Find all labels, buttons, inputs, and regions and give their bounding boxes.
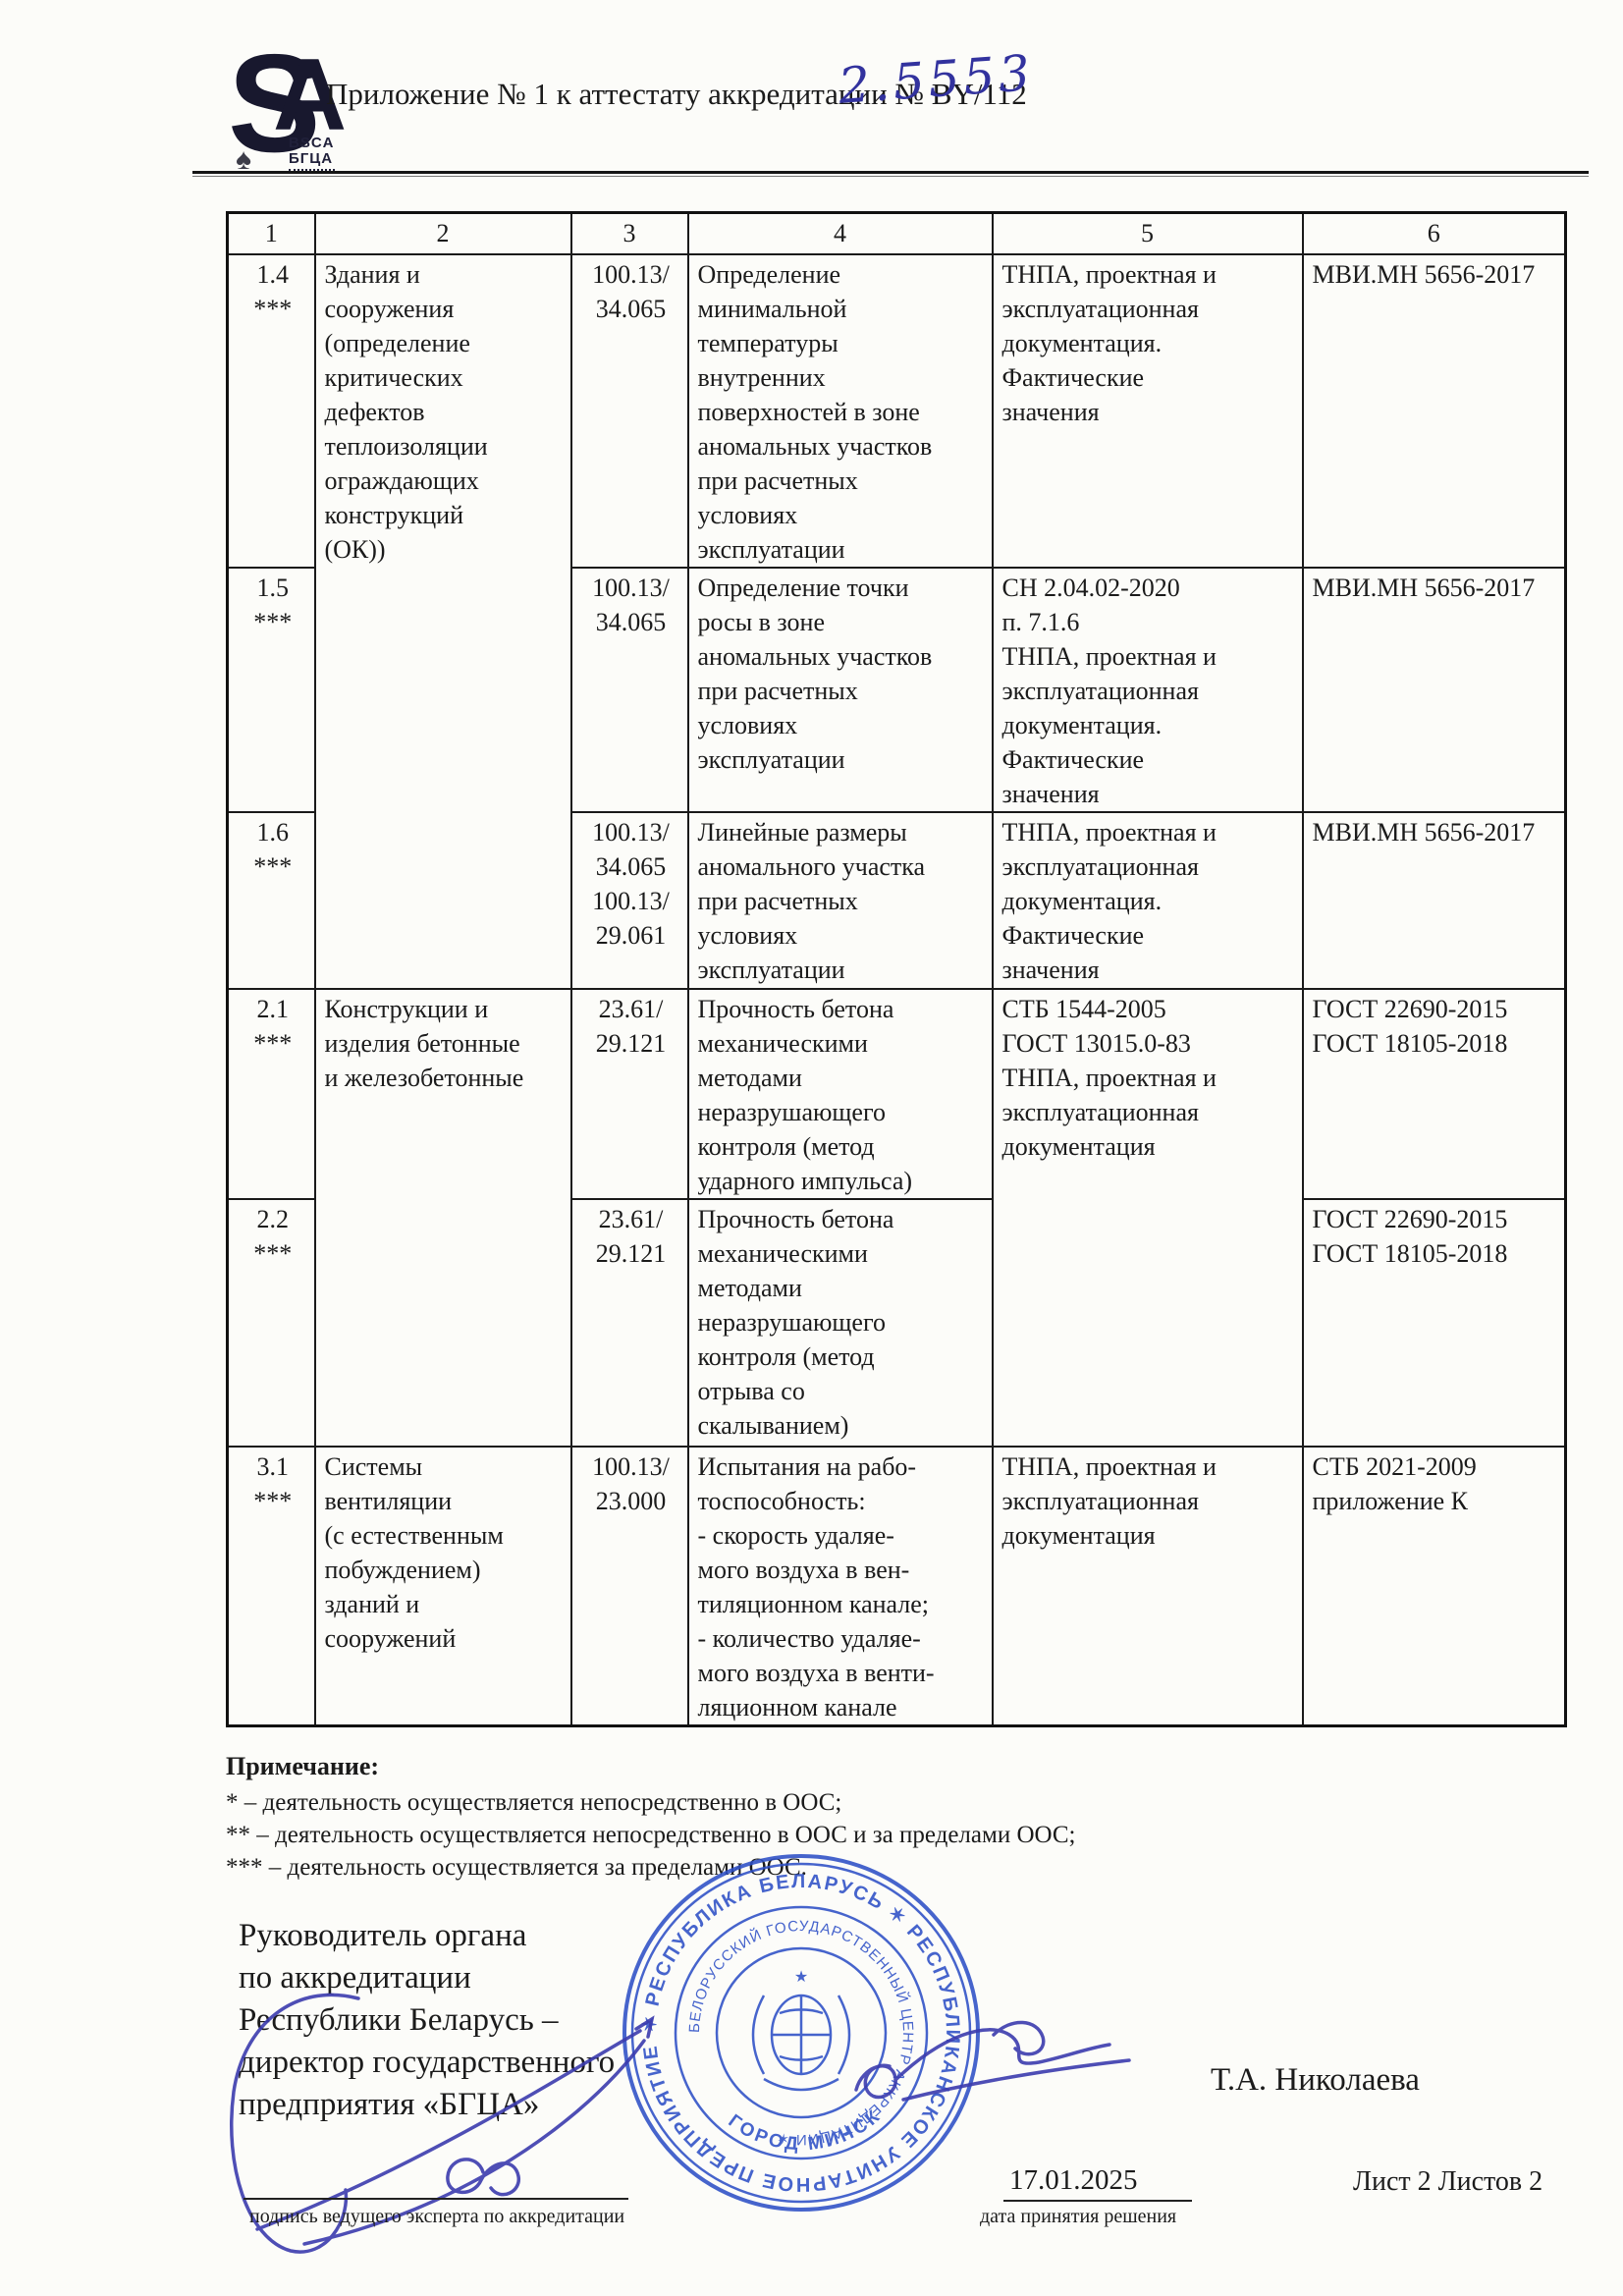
method-cell: ГОСТ 22690-2015 ГОСТ 18105-2018 [1303,989,1566,1199]
code-cell: 100.13/ 34.065 [571,568,688,812]
col-header-6: 6 [1303,213,1566,255]
col-header-2: 2 [315,213,571,255]
code-cell: 23.61/ 29.121 [571,989,688,1199]
signature-line [243,2198,628,2200]
sheet-counter: Лист 2 Листов 2 [1353,2166,1542,2198]
method-cell: МВИ.МН 5656-2017 [1303,568,1566,812]
official-stamp-icon: ✶ РЕСПУБЛИКА БЕЛАРУСЬ ✶ РЕСПУБЛИКАНСКОЕ … [617,1848,986,2217]
code-cell: 23.61/ 29.121 [571,1199,688,1447]
col-header-1: 1 [228,213,315,255]
stamp-star-icon: ★ [794,1969,808,1986]
col-header-4: 4 [688,213,993,255]
signer-role: Руководитель органа по аккредитации Респ… [239,1915,615,2126]
stamp-emblem-icon [753,1995,849,2090]
row-number-cell: 1.6 *** [228,812,315,989]
code-cell: 100.13/ 34.065 100.13/ 29.061 [571,812,688,989]
row-number-cell: 2.1 *** [228,989,315,1199]
row-number-cell: 3.1 *** [228,1447,315,1726]
method-cell: МВИ.МН 5656-2017 [1303,254,1566,568]
accreditation-scope-table: 1 2 3 4 5 6 1.4 *** Здания и сооружения … [226,211,1567,1727]
logo-abbr-lat: BSCA [289,135,335,151]
object-cell: Системы вентиляции (с естественным побуж… [315,1447,571,1726]
notes-title: Примечание: [226,1750,1076,1782]
table-row: 3.1 *** Системы вентиляции (с естественн… [228,1447,1566,1726]
test-name-cell: Определение точки росы в зоне аномальных… [688,568,993,812]
row-number-cell: 1.5 *** [228,568,315,812]
col-header-5: 5 [993,213,1303,255]
test-name-cell: Испытания на рабо- тоспособность: - скор… [688,1447,993,1726]
method-cell: ГОСТ 22690-2015 ГОСТ 18105-2018 [1303,1199,1566,1447]
logo-abbr-cyr: БГЦА [289,150,333,167]
date-caption: дата принятия решения [980,2206,1176,2228]
date-underline [1003,2200,1192,2202]
col-header-3: 3 [571,213,688,255]
docs-cell: ТНПА, проектная и эксплуатационная докум… [993,254,1303,568]
header-divider [192,171,1589,174]
docs-cell: СН 2.04.02-2020 п. 7.1.6 ТНПА, проектная… [993,568,1303,812]
row-number-cell: 2.2 *** [228,1199,315,1447]
method-cell: МВИ.МН 5656-2017 [1303,812,1566,989]
table-row: 1.4 *** Здания и сооружения (определение… [228,254,1566,568]
decision-date: 17.01.2025 [1009,2164,1138,2197]
test-name-cell: Линейные размеры аномального участка при… [688,812,993,989]
document-page: S A ♠ BSCAБГЦА Приложение № 1 к аттестат… [0,0,1623,2296]
test-name-cell: Определение минимальной температуры внут… [688,254,993,568]
signature-caption: подпись ведущего эксперта по аккредитаци… [249,2206,624,2228]
code-cell: 100.13/ 34.065 [571,254,688,568]
docs-cell: СТБ 1544-2005 ГОСТ 13015.0-83 ТНПА, прое… [993,989,1303,1447]
logo-abbr: BSCAБГЦА [289,136,335,171]
object-cell: Конструкции и изделия бетонные и железоб… [315,989,571,1447]
table-header-row: 1 2 3 4 5 6 [228,213,1566,255]
method-cell: СТБ 2021-2009 приложение К [1303,1447,1566,1726]
table-row: 2.1 *** Конструкции и изделия бетонные и… [228,989,1566,1199]
header-divider-shadow [192,176,1589,177]
docs-cell: ТНПА, проектная и эксплуатационная докум… [993,1447,1303,1726]
signer-name: Т.А. Николаева [1211,2062,1420,2099]
note-item: ** – деятельность осуществляется непосре… [226,1819,1076,1851]
docs-cell: ТНПА, проектная и эксплуатационная докум… [993,812,1303,989]
test-name-cell: Прочность бетона механическими методами … [688,989,993,1199]
note-item: * – деятельность осуществляется непосред… [226,1786,1076,1819]
row-number-cell: 1.4 *** [228,254,315,568]
code-cell: 100.13/ 23.000 [571,1447,688,1726]
object-cell: Здания и сооружения (определение критиче… [315,254,571,989]
test-name-cell: Прочность бетона механическими методами … [688,1199,993,1447]
bsca-logo-icon: S A ♠ BSCAБГЦА [228,49,353,179]
